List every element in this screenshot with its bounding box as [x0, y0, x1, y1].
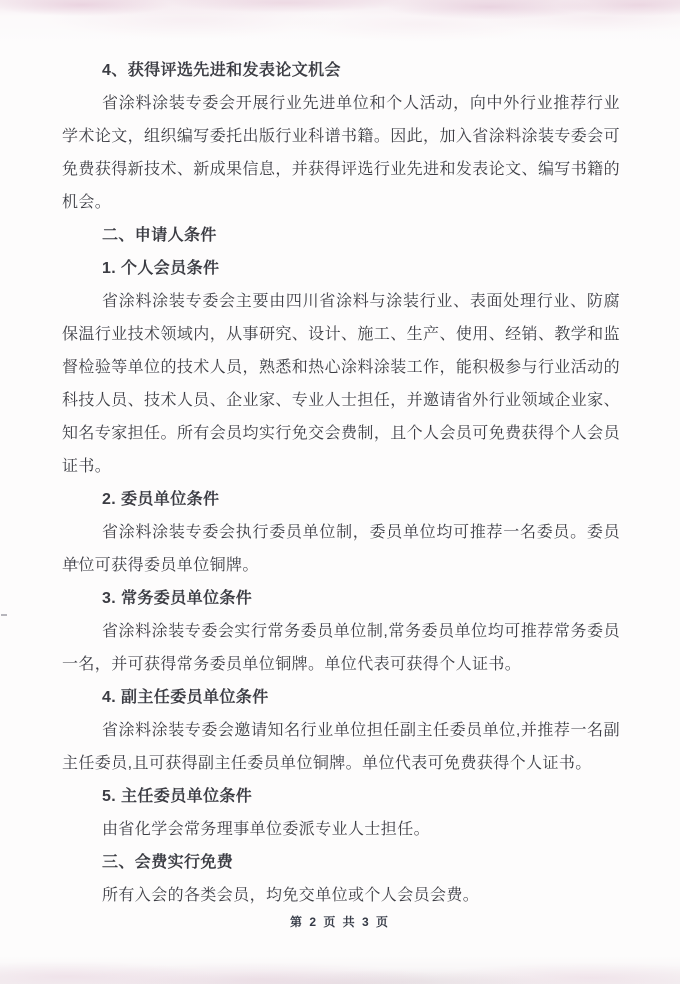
section-heading: 二、申请人条件: [62, 219, 620, 252]
paragraph: 省涂料涂装专委会开展行业先进单位和个人活动，向中外行业推荐行业学术论文，组织编写…: [62, 87, 620, 219]
section-heading: 1. 个人会员条件: [62, 252, 620, 285]
page-number: 第 2 页 共 3 页: [290, 915, 390, 929]
section-heading: 4. 副主任委员单位条件: [62, 681, 620, 714]
scan-speck: [1, 614, 7, 616]
paragraph: 所有入会的各类会员，均免交单位或个人会员会费。: [62, 879, 620, 912]
scan-artifact-top: [0, 0, 680, 55]
scanned-document-page: 4、获得评选先进和发表论文机会省涂料涂装专委会开展行业先进单位和个人活动，向中外…: [0, 0, 680, 984]
paragraph: 省涂料涂装专委会实行常务委员单位制,常务委员单位均可推荐常务委员一名，并可获得常…: [62, 615, 620, 681]
section-heading: 5. 主任委员单位条件: [62, 780, 620, 813]
section-heading: 2. 委员单位条件: [62, 483, 620, 516]
section-heading: 3. 常务委员单位条件: [62, 582, 620, 615]
document-body: 4、获得评选先进和发表论文机会省涂料涂装专委会开展行业先进单位和个人活动，向中外…: [62, 54, 620, 912]
paragraph: 省涂料涂装专委会执行委员单位制，委员单位均可推荐一名委员。委员单位可获得委员单位…: [62, 516, 620, 582]
section-heading: 4、获得评选先进和发表论文机会: [62, 54, 620, 87]
paragraph: 省涂料涂装专委会主要由四川省涂料与涂装行业、表面处理行业、防腐保温行业技术领域内…: [62, 285, 620, 483]
page-footer: 第 2 页 共 3 页: [0, 910, 680, 934]
paragraph: 由省化学会常务理事单位委派专业人士担任。: [62, 813, 620, 846]
section-heading: 三、会费实行免费: [62, 846, 620, 879]
paragraph: 省涂料涂装专委会邀请知名行业单位担任副主任委员单位,并推荐一名副主任委员,且可获…: [62, 714, 620, 780]
